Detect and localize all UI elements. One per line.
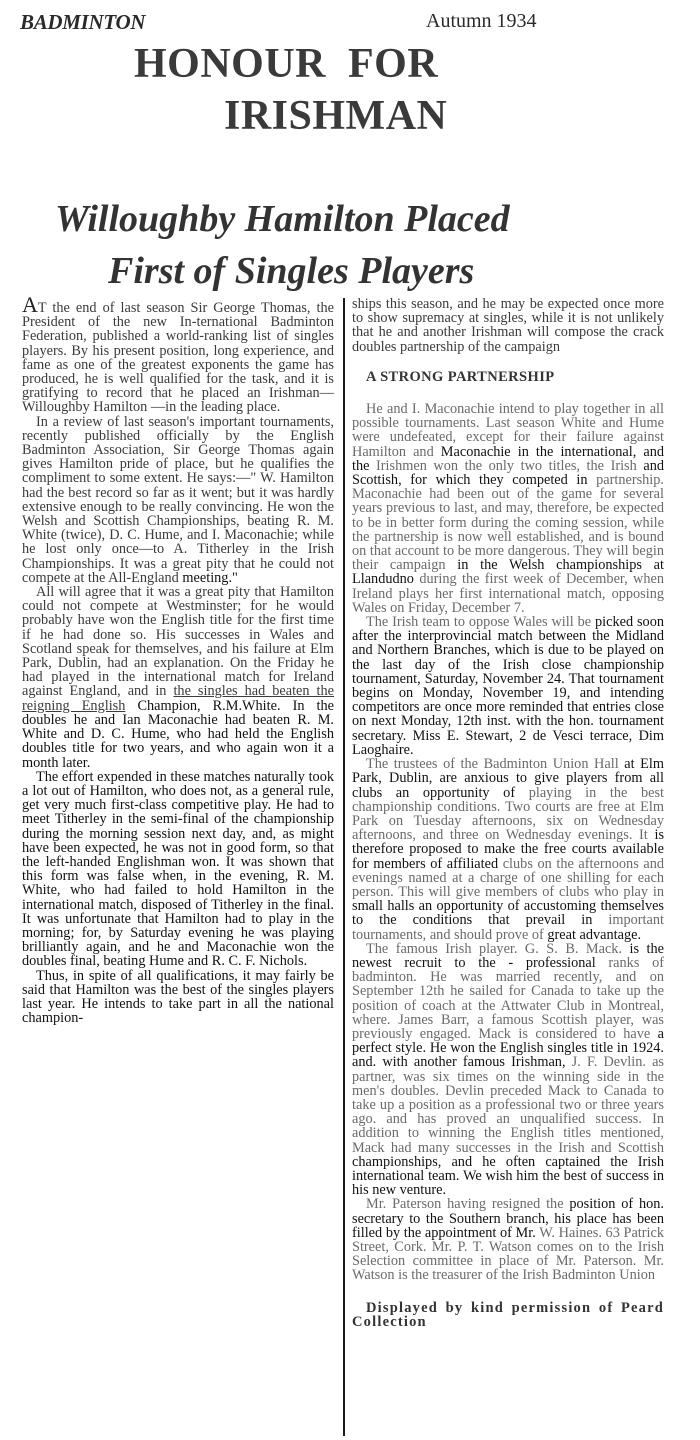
subheadline-line-2: First of Singles Players: [108, 249, 474, 293]
paragraph: All will agree that it was a great pity …: [22, 585, 334, 770]
headline-line-1: HONOUR FOR: [134, 40, 438, 88]
headline-line-2: IRISHMAN: [224, 92, 447, 140]
paragraph: Mr. Paterson having resigned the positio…: [352, 1197, 664, 1282]
masthead: BADMINTON Autumn 1934: [0, 10, 700, 40]
publication-name: BADMINTON: [20, 10, 145, 35]
issue-date: Autumn 1934: [426, 10, 537, 33]
paragraph: The Irish team to oppose Wales will be p…: [352, 615, 664, 757]
paragraph: The famous Irish player. G. S. B. Mack. …: [352, 942, 664, 1198]
paragraph: In a review of last season's important t…: [22, 415, 334, 585]
credit-line: Displayed by kind permission of Peard Co…: [352, 1301, 664, 1330]
paragraph: He and I. Maconachie intend to play toge…: [352, 402, 664, 615]
article-left-column: AT the end of last season Sir George Tho…: [22, 298, 334, 1025]
column-divider: [343, 298, 345, 1436]
subheadline-line-1: Willoughby Hamilton Placed: [55, 197, 510, 241]
paragraph: The trustees of the Badminton Union Hall…: [352, 757, 664, 942]
paragraph: AT the end of last season Sir George Tho…: [22, 298, 334, 415]
paragraph: The effort expended in these matches nat…: [22, 770, 334, 969]
section-heading: A STRONG PARTNERSHIP: [366, 370, 664, 384]
article-right-column: ships this season, and he may be expecte…: [352, 297, 664, 1330]
paragraph: Thus, in spite of all qualifications, it…: [22, 969, 334, 1026]
paragraph: ships this season, and he may be expecte…: [352, 297, 664, 354]
